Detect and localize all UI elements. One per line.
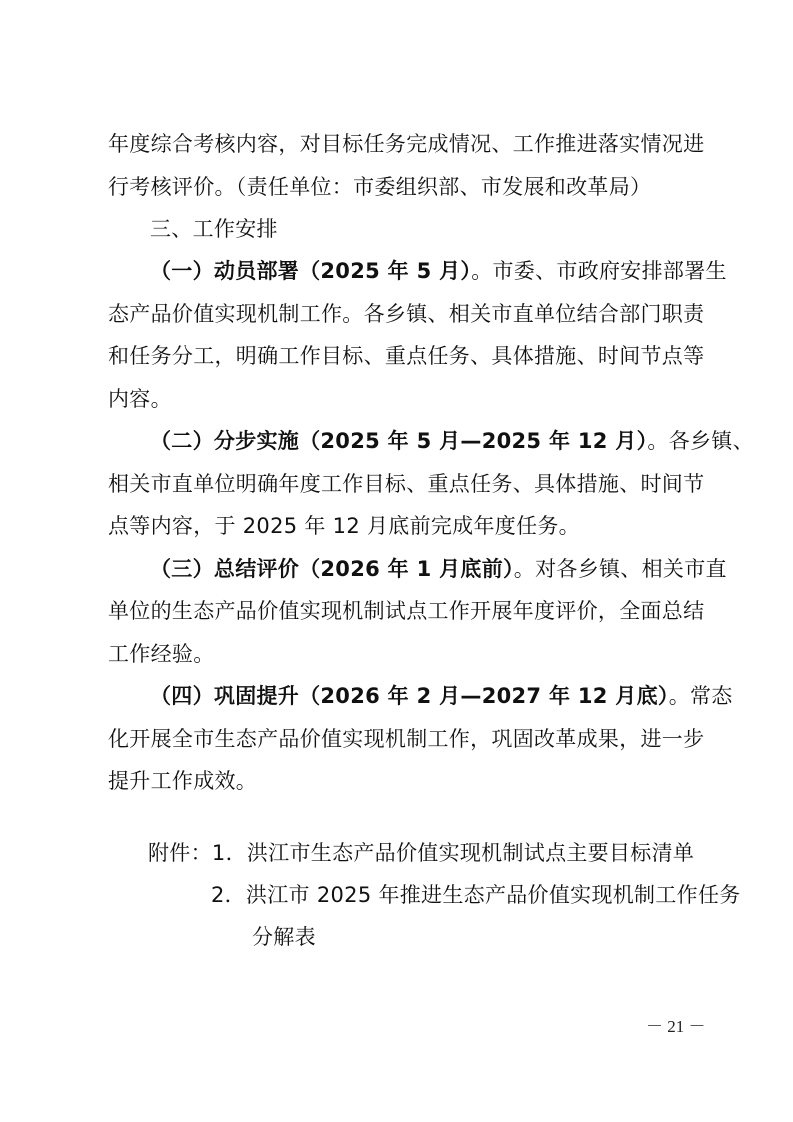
subsection-2-title: （二）分步实施（2025 年 5 月—2025 年 12 月）	[150, 429, 647, 453]
paragraph-line: 态产品价值实现机制工作。各乡镇、相关市直单位结合部门职责	[108, 301, 698, 327]
subsection-3-title: （三）总结评价（2026 年 1 月底前）	[150, 557, 514, 581]
paragraph-line: 年度综合考核内容，对目标任务完成情况、工作推进落实情况进	[108, 131, 698, 157]
subsection-3-text: 。对各乡镇、相关市直	[514, 557, 727, 581]
subsection-2-line: （二）分步实施（2025 年 5 月—2025 年 12 月）。各乡镇、	[150, 428, 740, 454]
paragraph-line: 行考核评价。（责任单位：市委组织部、市发展和改革局）	[108, 174, 698, 200]
attachment-item-1: 1．洪江市生态产品价值实现机制试点主要目标清单	[212, 841, 694, 865]
paragraph-line: 单位的生态产品价值实现机制试点工作开展年度评价，全面总结	[108, 598, 698, 624]
subsection-1-line: （一）动员部署（2025 年 5 月）。市委、市政府安排部署生	[150, 258, 740, 284]
paragraph-line: 相关市直单位明确年度工作目标、重点任务、具体措施、时间节	[108, 471, 698, 497]
paragraph-line: 提升工作成效。	[108, 768, 698, 794]
paragraph-line: 和任务分工，明确工作目标、重点任务、具体措施、时间节点等	[108, 343, 698, 369]
paragraph-line: 内容。	[108, 386, 698, 412]
section-heading: 三、工作安排	[150, 216, 740, 242]
paragraph-line: 化开展全市生态产品价值实现机制工作，巩固改革成果，进一步	[108, 726, 698, 752]
subsection-4-text: 。常态	[669, 684, 733, 708]
subsection-3-line: （三）总结评价（2026 年 1 月底前）。对各乡镇、相关市直	[150, 556, 740, 582]
page-number: － 21 －	[646, 1012, 706, 1037]
subsection-2-text: 。各乡镇、	[647, 429, 754, 453]
attachment-item-2-continued: 分解表	[252, 924, 793, 950]
subsection-1-title: （一）动员部署（2025 年 5 月）	[150, 259, 471, 283]
paragraph-line: 工作经验。	[108, 641, 698, 667]
subsection-1-text: 。市委、市政府安排部署生	[471, 259, 727, 283]
subsection-4-line: （四）巩固提升（2026 年 2 月—2027 年 12 月底）。常态	[150, 683, 740, 709]
attachment-item-2: 2．洪江市 2025 年推进生态产品价值实现机制工作任务	[211, 882, 793, 908]
paragraph-line: 点等内容，于 2025 年 12 月底前完成年度任务。	[108, 513, 698, 539]
attachments-label: 附件：	[148, 841, 212, 865]
attachment-line-1: 附件：1．洪江市生态产品价值实现机制试点主要目标清单	[148, 840, 738, 866]
subsection-4-title: （四）巩固提升（2026 年 2 月—2027 年 12 月底）	[150, 684, 669, 708]
